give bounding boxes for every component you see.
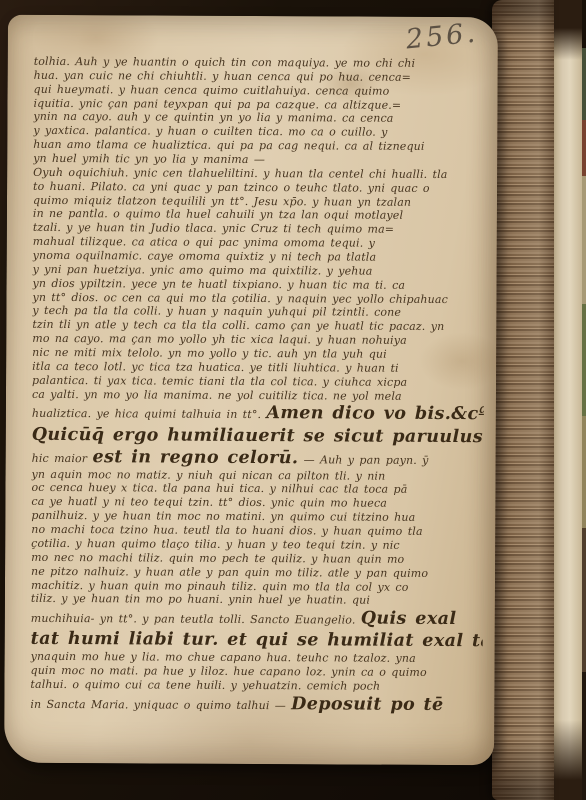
nahuatl-text-run: panilhuiz. y ye huan tin moc no matini. … xyxy=(31,509,415,524)
nahuatl-text-run: no machi toca tzino hua. teutl tla to hu… xyxy=(31,523,422,538)
nahuatl-text-run: quimo miquiz tlatzon tequilili yn tt°. J… xyxy=(33,193,411,208)
nahuatl-text-run: — Auh y pan payn. ȳ xyxy=(298,453,428,467)
nahuatl-text-run: tiliz. y ye huan tin mo po huani. ynin h… xyxy=(31,592,370,607)
latin-display-text: est in regno celorū. xyxy=(92,447,298,468)
nahuatl-text-run: ynoma oquilnamic. caye omoma quixtiz y n… xyxy=(33,249,377,264)
manuscript-page: 256. tolhia. Auh y ye huantin o quich ti… xyxy=(4,15,498,766)
nahuatl-text-run: mo na cayo. ma çan mo yollo yh tic xica … xyxy=(32,332,407,347)
latin-display-text: tat humi liabi tur. et qui se humiliat e… xyxy=(31,629,483,652)
manuscript-line: Quicūq̄ ergo humiliauerit se sicut paruu… xyxy=(32,423,484,447)
nahuatl-text-run: y tech pa tla tla colli. y huan y naquin… xyxy=(32,304,401,319)
nahuatl-text-run: yn tt° dios. oc cen ca qui mo tla çotili… xyxy=(32,290,448,305)
nahuatl-text-run: çotilia. y huan quimo tlaço tilia. y hua… xyxy=(31,537,400,552)
book-fore-edge xyxy=(492,0,554,800)
nahuatl-text-run: mo nec no machi tiliz. quin mo pech te q… xyxy=(31,551,404,566)
nahuatl-text-run: ca ye huatl y ni teo tequi tzin. tt° dio… xyxy=(31,495,387,510)
nahuatl-text-run: ca yalti. yn mo yo lia manima. ne yol cu… xyxy=(32,387,402,402)
nahuatl-text-run: tzali. y ye huan tin Judio tlaca. ynic C… xyxy=(33,221,394,236)
manuscript-photo: 256. tolhia. Auh y ye huantin o quich ti… xyxy=(0,0,586,800)
last-page-curl xyxy=(552,0,582,800)
nahuatl-text-run: ynin na cayo. auh y ce quintin yn yo lia… xyxy=(33,110,393,125)
nahuatl-text-run: ne pitzo nalhuiz. y huan atle y pan quin… xyxy=(31,564,428,579)
latin-display-text: Amen dico vo bis.&cª. xyxy=(266,404,484,425)
nahuatl-text-run: tolhia. Auh y ye huantin o quich tin con… xyxy=(34,55,415,70)
nahuatl-text-run: iquitia. ynic çan pani teyxpan qui pa pa… xyxy=(33,96,401,111)
nahuatl-text-run: yn aquin moc no matiz. y niuh qui nican … xyxy=(32,467,386,482)
nahuatl-text-run: muchihuia- yn tt°. y pan teutla tolli. S… xyxy=(31,612,361,627)
nahuatl-text-run: yn huel ymih tic yn yo lia y manima — xyxy=(33,152,265,166)
nahuatl-text-run: hualiztica. ye hica quimi talhuia in tt°… xyxy=(32,407,267,421)
latin-display-text: Quis exal xyxy=(361,609,457,630)
latin-display-text: Deposuit po tē xyxy=(291,694,444,715)
nahuatl-text-run: hic maior xyxy=(32,451,93,464)
manuscript-line: in Sancta Maria. yniquac o quimo talhui … xyxy=(30,692,482,716)
nahuatl-text-run: hua. yan cuic ne chi chiuhtli. y huan ce… xyxy=(34,69,412,84)
nahuatl-text-run: ynaquin mo hue y lia. mo chue capano hua… xyxy=(31,650,416,665)
nahuatl-text-run: quin moc no mati. pa hue y liloz. hue ca… xyxy=(30,664,426,679)
nahuatl-text-run: itla ca teco lotl. yc tica tza huatica. … xyxy=(32,360,399,375)
nahuatl-text-run: y yni pan huetziya. ynic amo quimo ma qu… xyxy=(33,263,373,278)
manuscript-line: tat humi liabi tur. et qui se humiliat e… xyxy=(31,628,483,652)
nahuatl-text-run: Oyuh oquichiuh. ynic cen tlahueliltini. … xyxy=(33,166,447,181)
nahuatl-text-run: in Sancta Maria. yniquac o quimo talhui … xyxy=(30,698,291,712)
manuscript-line: hualiztica. ye hica quimi talhuia in tt°… xyxy=(32,401,484,425)
nahuatl-text-run: mahual tilizque. ca atica o qui pac ynim… xyxy=(33,235,375,250)
nahuatl-text-run: nic ne miti mix telolo. yn mo yollo y ti… xyxy=(32,346,387,361)
nahuatl-text-run: talhui. o quimo cui ca tene huili. y yeh… xyxy=(30,678,380,693)
manuscript-line: muchihuia- yn tt°. y pan teutla tolli. S… xyxy=(31,606,483,630)
nahuatl-text-run: qui hueymati. y huan cenca quimo cuitlah… xyxy=(34,83,390,98)
nahuatl-text-run: to huani. Pilato. ca yni quac y pan tzin… xyxy=(33,180,430,195)
manuscript-text: tolhia. Auh y ye huantin o quich tin con… xyxy=(30,55,485,716)
nahuatl-text-run: tzin tli yn atle y tech ca tla tla colli… xyxy=(32,318,444,333)
manuscript-line: hic maior est in regno celorū. — Auh y p… xyxy=(32,445,484,469)
nahuatl-text-run: y yaxtica. palantica. y huan o cuilten t… xyxy=(33,124,387,139)
nahuatl-text-run: huan amo tlama ce hualiztica. qui pa pa … xyxy=(33,138,424,153)
nahuatl-text-run: oc cenca huey x tica. tla pana hui tica.… xyxy=(31,481,407,496)
nahuatl-text-run: in ne pantla. o quimo tla huel cahuili y… xyxy=(33,207,403,222)
nahuatl-text-run: palantica. ti yax tica. temic tiani tla … xyxy=(32,374,407,389)
nahuatl-text-run: yn dios ypiltzin. yece yn te huatl tixpi… xyxy=(33,277,406,292)
latin-display-text: Quicūq̄ ergo humiliauerit se sicut paruu… xyxy=(32,424,484,447)
nahuatl-text-run: machitiz. y huan quin mo pinauh tiliz. q… xyxy=(31,578,409,593)
folio-number: 256. xyxy=(404,17,479,55)
